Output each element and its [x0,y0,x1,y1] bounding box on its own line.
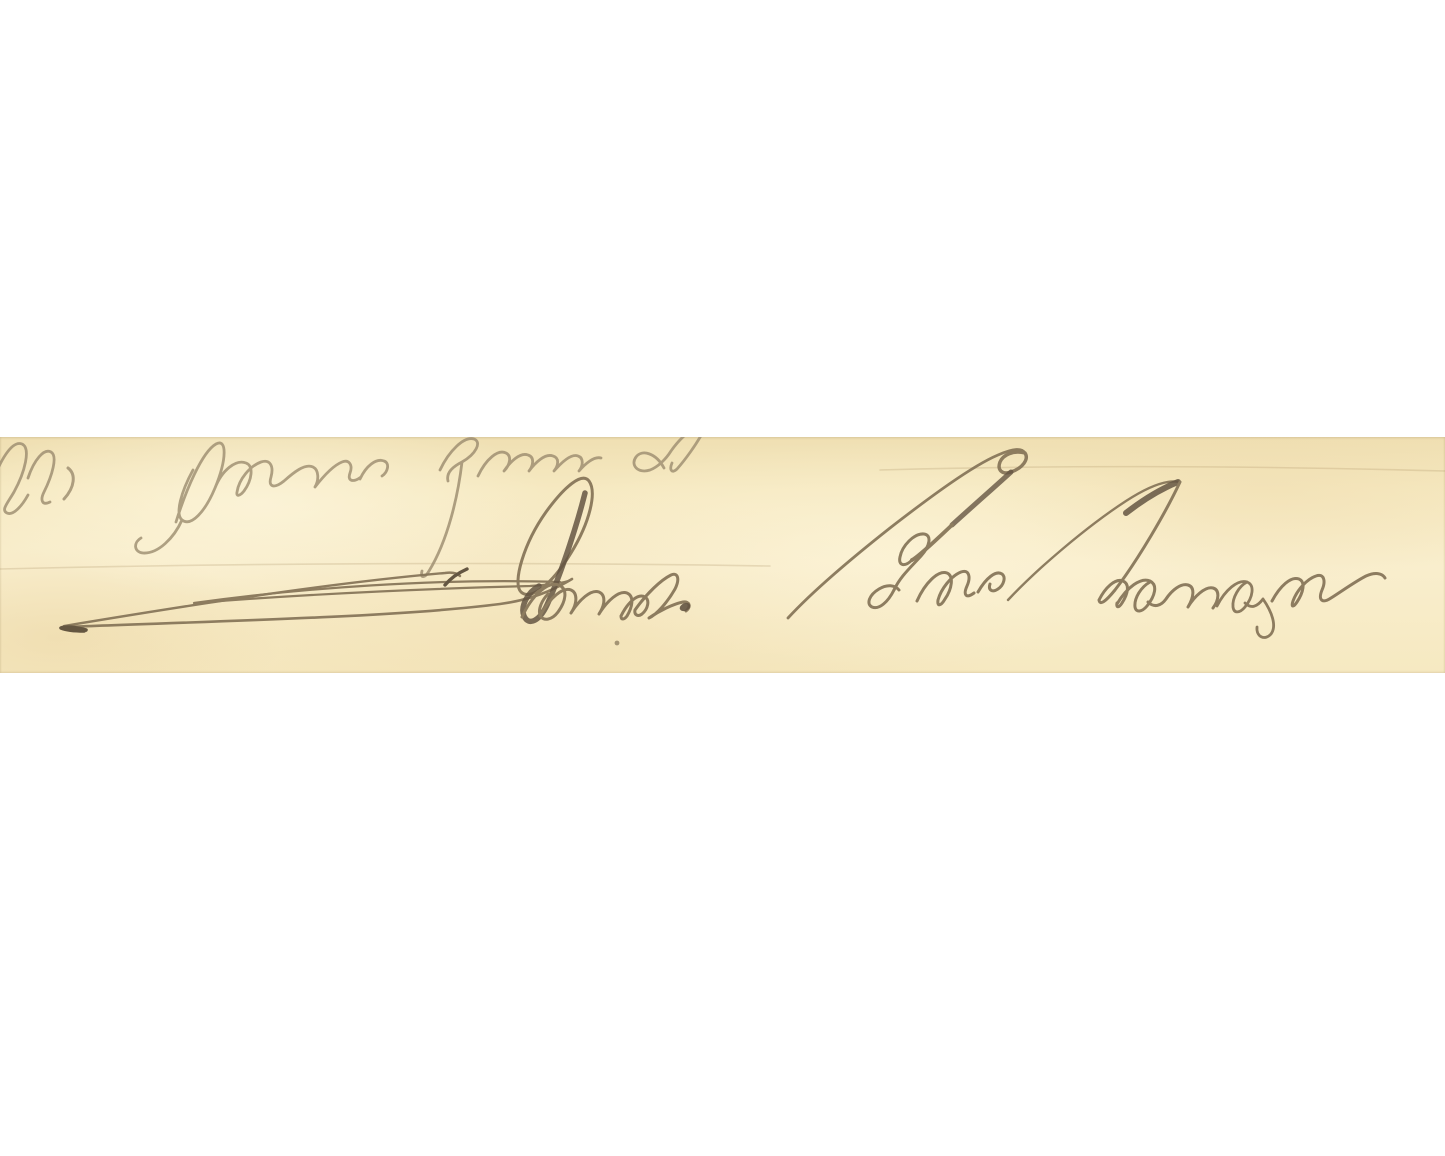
letter-n-final-flourish [1272,574,1385,606]
ink-dot [615,641,620,646]
signature-flourish [61,569,572,631]
word-friend-f-script [422,439,478,577]
handwriting-svg [0,0,1445,1156]
flourish-left-tip-dark [61,627,86,631]
word-your-script [136,443,388,553]
letter-J-oval [518,478,592,594]
signature-first-name [518,478,692,645]
signature-script [61,449,1385,645]
crease-line-left [0,564,770,569]
closing-fragment-script [0,443,54,513]
letter-B-crown [999,452,1026,473]
flourish-inner-loop [194,581,568,603]
letter-B-upstroke [788,449,1025,618]
word-friend-rien-script [478,452,601,476]
signature-last-name [788,449,1385,637]
flourish-outer-upper [64,573,460,626]
comma-mark [64,468,73,499]
letters-a2-with-tail [1217,582,1274,638]
letter-B-midloop [894,534,929,590]
letter-B-downstroke [912,525,952,560]
crease-line-right [880,467,1445,471]
letter-h-upstroke [1008,481,1180,600]
word-friend-d-script [634,425,704,471]
scan-background: ly, your friend James Buchanan [0,0,1445,1156]
letter-B-downstroke-dark [952,472,1011,525]
letters-uch [917,571,1004,604]
letters-an [1117,580,1218,611]
closing-line-script [0,425,704,576]
letter-B-bottom-curl [869,586,899,608]
